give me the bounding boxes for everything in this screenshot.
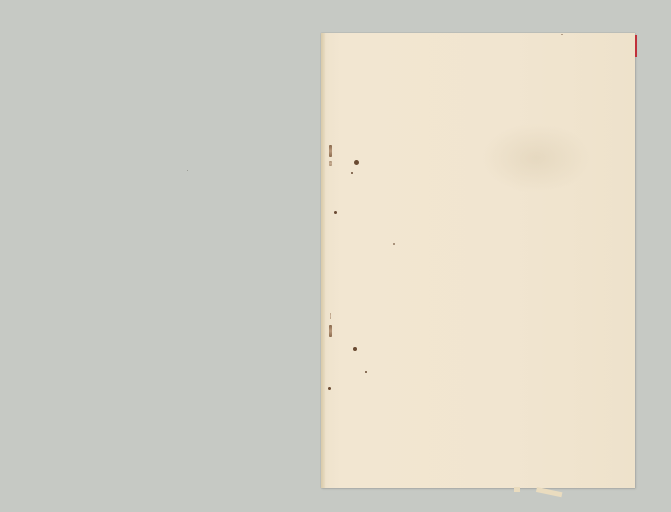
foxing-spot: [393, 243, 395, 245]
foxing-spot: [351, 172, 353, 174]
staple-hole-top-lower: [329, 161, 332, 166]
foxing-spot: [353, 347, 357, 351]
foxing-spot: [334, 211, 337, 214]
staple-hole-bottom: [329, 325, 332, 337]
binding-edge: [321, 33, 325, 488]
foxing-spot: [328, 387, 331, 390]
faint-show-through: [481, 123, 591, 193]
torn-tab-fragment: [514, 487, 520, 492]
red-edge-strip: [635, 35, 637, 57]
foxing-spot: [365, 371, 367, 373]
foxing-spot: [354, 160, 359, 165]
staple-hole-top: [329, 145, 332, 157]
staple-scratch: [330, 313, 331, 319]
booklet-cover: [321, 33, 635, 488]
dust-speck: [187, 170, 188, 171]
foxing-spot: [561, 34, 563, 35]
